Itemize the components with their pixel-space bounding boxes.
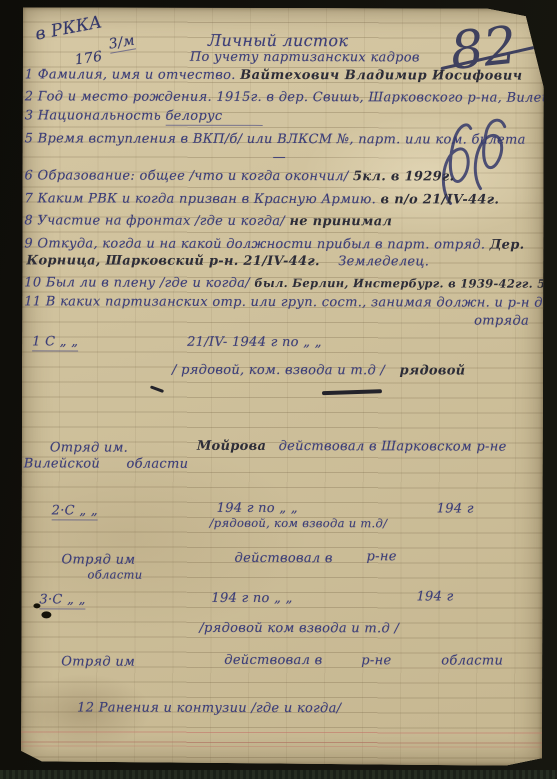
field11-label: 11 В каких партизанских отр. или груп. с… [24,295,557,310]
scanned-document-background: в РККА 176 3/м Личный листок По учету па… [0,0,557,779]
field9-value-2: Корница, Шарковский р-н. 21/IV-44г. [26,253,320,269]
field10-label: 10 Был ли в плену /где и когда/ [24,275,250,291]
field6-value: 5кл. в 1929г. [353,169,454,184]
field10-value: был. Берлин, Инстербург. в 1939-42гг. 5м… [254,276,557,291]
record3-year: 194 г [416,590,453,604]
field9-value-3: Земледелец. [338,254,429,269]
record2-role-template: /рядовой, ком взвода и т.д/ [210,516,388,530]
detachment1-region2: области [126,457,188,472]
field9-label: 9 Откуда, когда и на какой должности при… [24,236,485,252]
field1-label: 1 Фамилия, имя и отчество. [25,67,236,83]
field3-label: 3 Национальность [25,108,161,123]
corner-note-extra: 3/м [108,33,136,53]
detachment2-label: Отряд им [62,553,136,567]
detachment1-label: Отряд им. [50,441,128,455]
detachment2-action: действовал в [235,552,333,566]
corner-note-rkka: в РККА [34,15,103,41]
record3-role-template: /рядовой ком взвода и т.д / [199,622,399,637]
detachment2-district: р-не [367,550,397,564]
record1-number: 1 С „ „ [32,335,78,351]
record1-dates: 21/IV- 1944 г по „ „ [187,336,322,350]
field1-value: Вайтехович Владимир Иосифович [240,68,523,84]
paper-hole [33,603,40,608]
detachment1-name: Мойрова [197,439,266,454]
field2-value: 1915г. в дер. Свишь, Шарковского р-на, В… [216,90,557,106]
record3-dates: 194 г по „ „ [211,592,292,606]
detachment3-action: действовал в [224,654,322,668]
pencil-smudge [322,389,382,395]
document-paper: в РККА 176 3/м Личный листок По учету па… [21,7,544,765]
detachment1-region: Вилейской [24,456,100,471]
record2-dates: 194 г по „ „ [217,502,298,516]
field3-value: белорус [165,109,262,126]
detachment3-district: р-не [361,654,391,668]
red-ruled-lines [21,729,542,752]
record2-number: 2·С „ „ [52,504,98,520]
field9-value-1: Дер. [490,238,525,253]
detachment3-label: Отряд им [61,655,135,669]
field7-label: 7 Каким РВК и когда призван в Красную Ар… [24,191,376,207]
document-subtitle: По учету партизанских кадров [190,51,420,66]
record2-year: 194 г [437,502,474,516]
record3-number: 3·С „ „ [39,593,85,609]
corner-note-number: 176 [74,50,103,68]
field11-tail: отряда [474,315,529,329]
field2-label: 2 Год и место рождения. [25,89,212,104]
scanner-edge-strip [0,770,557,779]
field6-label: 6 Образование: общее /что и когда окончи… [25,168,349,184]
paper-hole [41,611,51,618]
detachment2-region-label: области [87,567,142,581]
record1-role-value: рядовой [400,363,466,378]
blank-dash: — [273,151,286,165]
record1-role-template: / рядовой, ком. взвода и т.д / [172,363,385,379]
document-title: Личный листок [208,34,348,48]
field7-value: в п/о 21/IV-44г. [381,192,500,207]
field8-value: не принимал [289,214,392,229]
field12-label: 12 Ранения и контузии /где и когда/ [77,701,341,716]
pencil-tick [150,385,164,393]
detachment3-region-label: области [441,654,503,668]
field8-label: 8 Участие на фронтах /где и когда/ [24,213,285,229]
detachment1-action: действовал в Шарковском р-не [279,439,507,455]
